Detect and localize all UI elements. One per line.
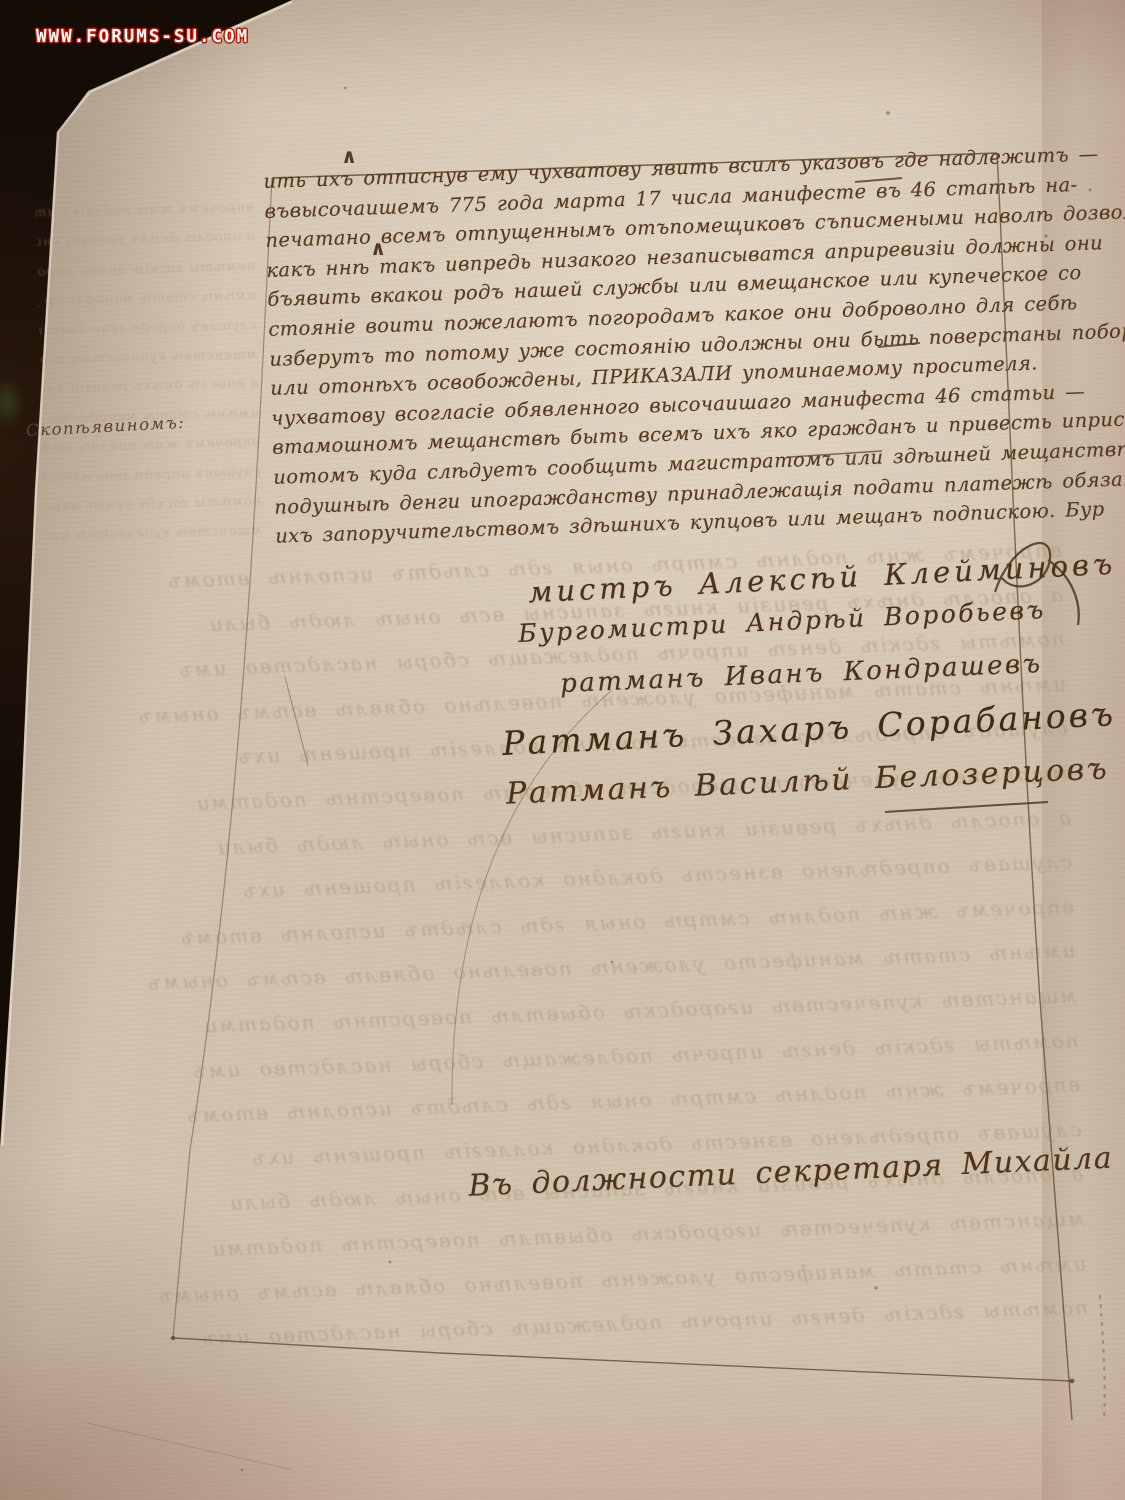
forum-watermark: WWW.FORUMS-SU.COM xyxy=(36,27,249,47)
crease-line xyxy=(87,1423,293,1470)
signature-underline xyxy=(885,802,1048,812)
insertion-caret-mark: ∧ xyxy=(370,236,386,260)
frame-bottom-line xyxy=(173,1338,1072,1381)
document-photo: впрочемъ жнѣ подлнѣ смтрѣ оныя гдѣ слѣдт… xyxy=(0,0,1125,1500)
page-edge-crack xyxy=(1100,1295,1105,1420)
frame-corner-dot xyxy=(171,1336,175,1340)
frame-corner-dot xyxy=(1070,1379,1075,1384)
paper-edge-highlight xyxy=(2,2,292,1146)
manuscript-text-block: ить ихъ отписнув ему чухватову явить вси… xyxy=(263,142,1037,552)
frame-left-line xyxy=(173,178,272,1338)
stray-stroke xyxy=(285,677,308,765)
insertion-caret-mark: ∧ xyxy=(341,144,357,168)
